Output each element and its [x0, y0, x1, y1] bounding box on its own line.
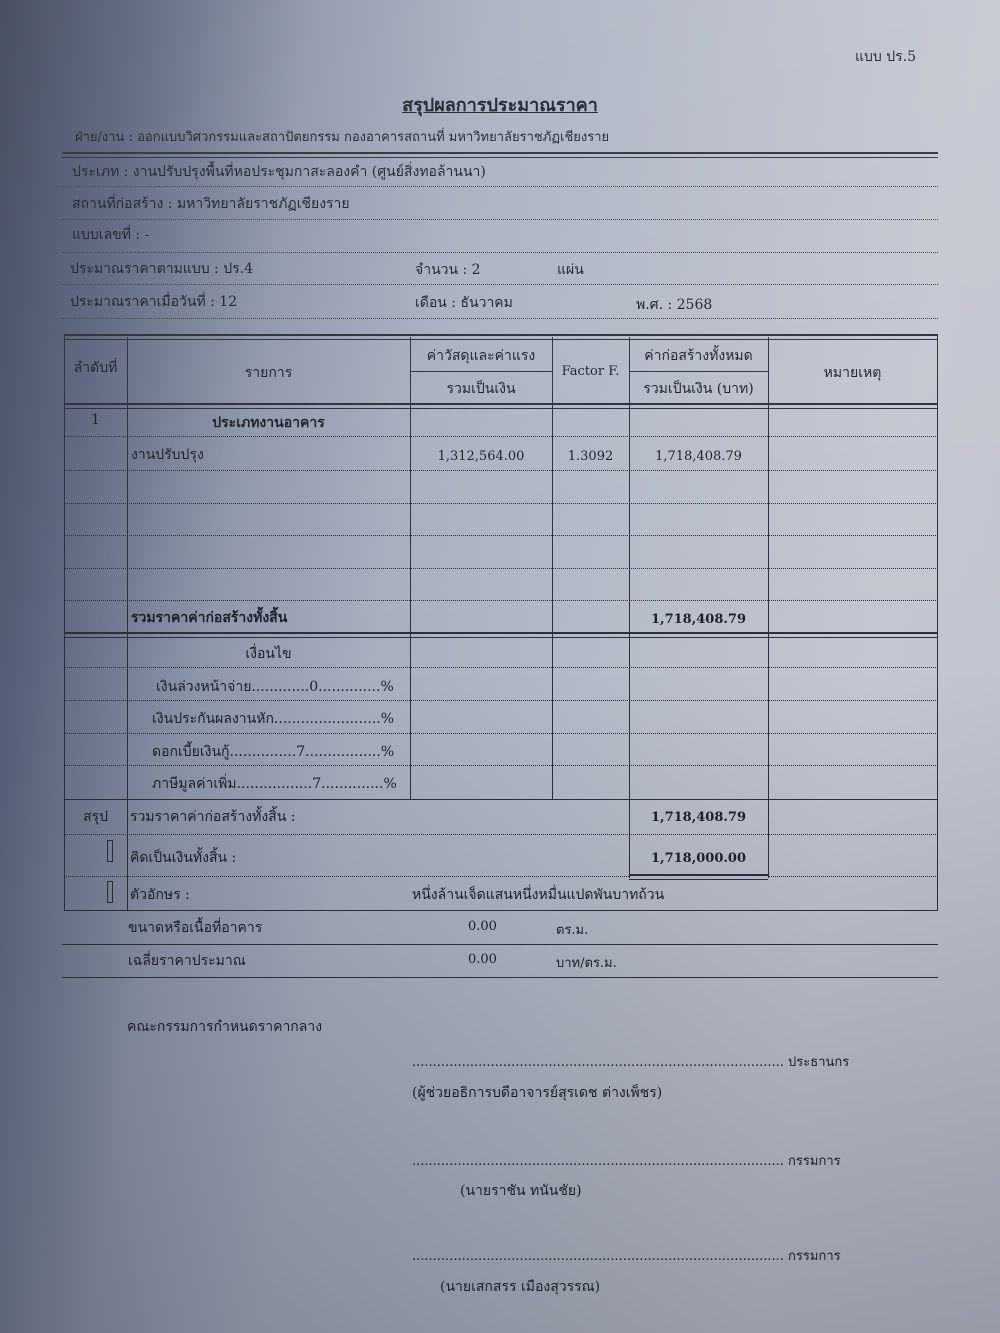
dotted-rule: [62, 186, 938, 187]
row-divider: [64, 600, 938, 601]
row-divider: [64, 733, 938, 734]
dotted-rule: [62, 252, 938, 253]
row-divider: [64, 470, 938, 471]
grand-total-value: 1,718,408.79: [629, 612, 768, 627]
summary-label: สรุป: [64, 806, 127, 828]
section-divider: [64, 632, 938, 638]
header-factor: Factor F.: [552, 364, 629, 379]
construction-site: สถานที่ก่อสร้าง : มหาวิทยาลัยราชภัฏเชียง…: [72, 193, 350, 215]
header-subdivider: [629, 371, 768, 372]
department-line: ฝ่าย/งาน : ออกแบบวิศวกรรมและสถาปัตยกรรม …: [75, 126, 609, 147]
section-divider: [64, 799, 938, 800]
header-material-labor: ค่าวัสดุและค่าแรง: [410, 345, 552, 367]
header-bottom-border: [64, 403, 938, 409]
signatory-name-chair: (ผู้ช่วยอธิการบดีอาจารย์สุรเดช ต่างเพ็ชร…: [412, 1082, 662, 1104]
divider: [62, 944, 938, 945]
row-total: 1,718,408.79: [629, 449, 768, 464]
estimate-year: พ.ศ. : 2568: [636, 294, 712, 316]
header-total-cost: ค่าก่อสร้างทั้งหมด: [629, 345, 768, 367]
row-material-labor: 1,312,564.00: [410, 449, 552, 464]
header-subdivider: [410, 371, 552, 372]
condition-vat: ภาษีมูลค่าเพิ่ม.................7.......…: [152, 773, 397, 795]
row-item: ประเภทงานอาคาร: [127, 412, 410, 434]
grand-total-label: รวมราคาค่าก่อสร้างทั้งสิ้น: [131, 607, 287, 629]
building-area-unit: ตร.ม.: [556, 919, 588, 940]
avg-price-value: 0.00: [468, 952, 497, 967]
row-factor: 1.3092: [552, 449, 629, 464]
rounded-total-value: 1,718,000.00: [629, 851, 768, 866]
col-divider: [768, 337, 769, 878]
building-area-label: ขนาดหรือเนื้อที่อาคาร: [128, 917, 262, 939]
header-divider: [62, 152, 938, 158]
divider: [62, 977, 938, 978]
rounded-total-underline: [629, 874, 768, 880]
dotted-rule: [62, 318, 938, 319]
condition-retention: เงินประกันผลงานหัก......................…: [152, 708, 394, 730]
committee-title: คณะกรรมการกำหนดราคากลาง: [127, 1016, 322, 1038]
rounded-total-label: คิดเป็นเงินทั้งสิ้น :: [130, 847, 236, 869]
row-divider: [64, 667, 938, 668]
plan-number: แบบเลขที่ : -: [72, 224, 149, 246]
sheet-quantity: จำนวน : 2: [415, 259, 481, 281]
dotted-rule: [62, 219, 938, 220]
table-bottom-border: [64, 910, 938, 911]
row-divider: [64, 700, 938, 701]
row-divider: [768, 876, 938, 877]
bracket-mark-icon: [107, 881, 113, 903]
row-divider: [64, 535, 938, 536]
row-divider: [64, 834, 938, 835]
header-item: รายการ: [127, 362, 410, 384]
condition-loan-interest: ดอกเบี้ยเงินกู้...............7.........…: [152, 741, 394, 763]
row-divider: [64, 568, 938, 569]
signature-line-member-1[interactable]: ........................................…: [412, 1150, 841, 1171]
header-material-labor-sum: รวมเป็นเงิน: [410, 378, 552, 400]
avg-price-label: เฉลี่ยราคาประมาณ: [128, 950, 246, 972]
row-divider: [64, 765, 938, 766]
amount-words-label: ตัวอักษร :: [130, 884, 190, 906]
sheet-unit: แผ่น: [557, 259, 584, 281]
header-no: ลำดับที่: [64, 357, 127, 379]
bracket-mark-icon: [107, 840, 113, 862]
header-remarks: หมายเหตุ: [768, 362, 937, 384]
signatory-name-member-2: (นายเสกสรร เมืองสุวรรณ): [440, 1276, 600, 1298]
col-divider: [629, 337, 630, 878]
row-no: 1: [64, 412, 127, 428]
signatory-name-member-1: (นายราชัน ทนันชัย): [460, 1180, 582, 1202]
estimate-day: ประมาณราคาเมื่อวันที่ : 12: [70, 291, 237, 313]
dotted-rule: [62, 284, 938, 285]
summary-total-value: 1,718,408.79: [629, 810, 768, 825]
table-right-border: [937, 334, 938, 911]
row-divider: [64, 876, 629, 877]
condition-advance-payment: เงินล่วงหน้าจ่าย.............0..........…: [156, 676, 394, 698]
project-type: ประเภท : งานปรับปรุงพื้นที่หอประชุมกาสะล…: [72, 161, 486, 183]
conditions-title: เงื่อนไข: [127, 643, 410, 665]
document-title: สรุปผลการประมาณราคา: [0, 90, 1000, 119]
amount-words-value: หนึ่งล้านเจ็ดแสนหนึ่งหมื่นแปดพันบาทถ้วน: [412, 884, 664, 906]
table-top-border: [64, 334, 938, 340]
form-code: แบบ ปร.5: [855, 46, 916, 68]
building-area-value: 0.00: [468, 919, 497, 934]
row-item: งานปรับปรุง: [131, 444, 204, 466]
estimate-by-form: ประมาณราคาตามแบบ : ปร.4: [70, 258, 253, 280]
row-divider: [64, 436, 938, 437]
row-divider: [64, 503, 938, 504]
signature-line-chair[interactable]: ........................................…: [412, 1051, 849, 1072]
summary-total-label: รวมราคาค่าก่อสร้างทั้งสิ้น :: [130, 806, 295, 828]
avg-price-unit: บาท/ตร.ม.: [556, 952, 617, 973]
signature-line-member-2[interactable]: ........................................…: [412, 1245, 841, 1266]
estimate-month: เดือน : ธันวาคม: [415, 292, 513, 314]
header-total-cost-sum: รวมเป็นเงิน (บาท): [629, 378, 768, 400]
